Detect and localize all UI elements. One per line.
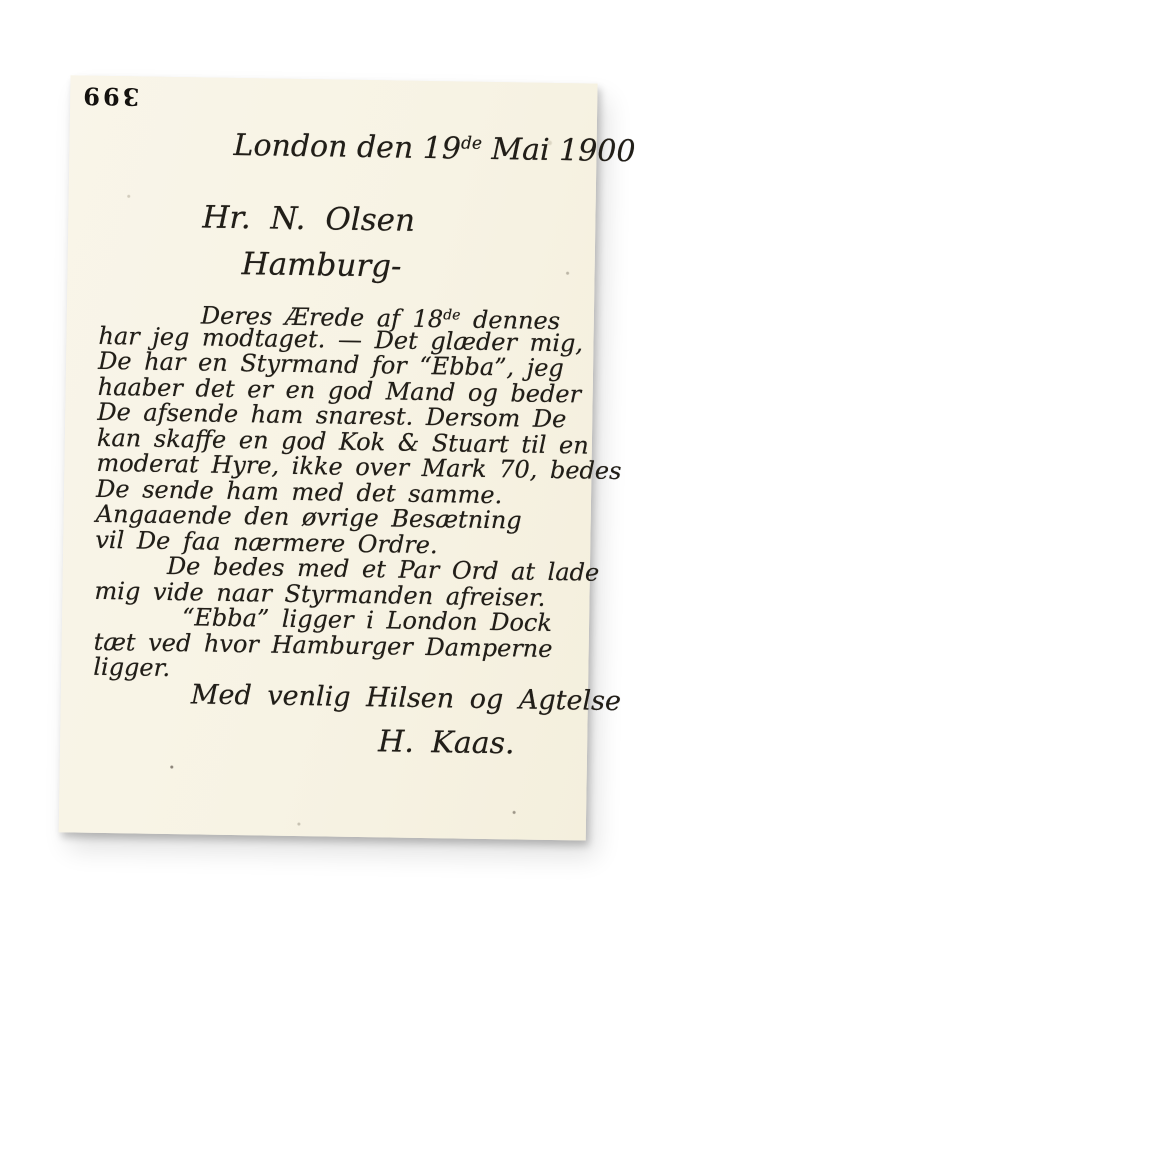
letter-body: Deres Ærede af 18de dennes har jeg modta… <box>93 298 590 688</box>
letter-paper: 399 London den 19de Mai 1900 Hr. N. Olse… <box>59 75 598 840</box>
scan-background: 399 London den 19de Mai 1900 Hr. N. Olse… <box>0 0 1169 1169</box>
page-number-upside-down: 399 <box>80 82 140 112</box>
dateline: London den 19de Mai 1900 <box>233 128 636 169</box>
recipient-city: Hamburg- <box>241 246 401 285</box>
recipient-name: Hr. N. Olsen <box>202 199 415 238</box>
dateline-year: Mai 1900 <box>482 132 636 169</box>
dateline-text: London den 19 <box>233 128 461 167</box>
signature: H. Kaas. <box>378 724 515 761</box>
closing-salutation: Med venlig Hilsen og Agtelse <box>191 679 622 717</box>
body-opening-ordinal-suffix: de <box>443 307 460 323</box>
dateline-ordinal-suffix: de <box>461 134 482 154</box>
